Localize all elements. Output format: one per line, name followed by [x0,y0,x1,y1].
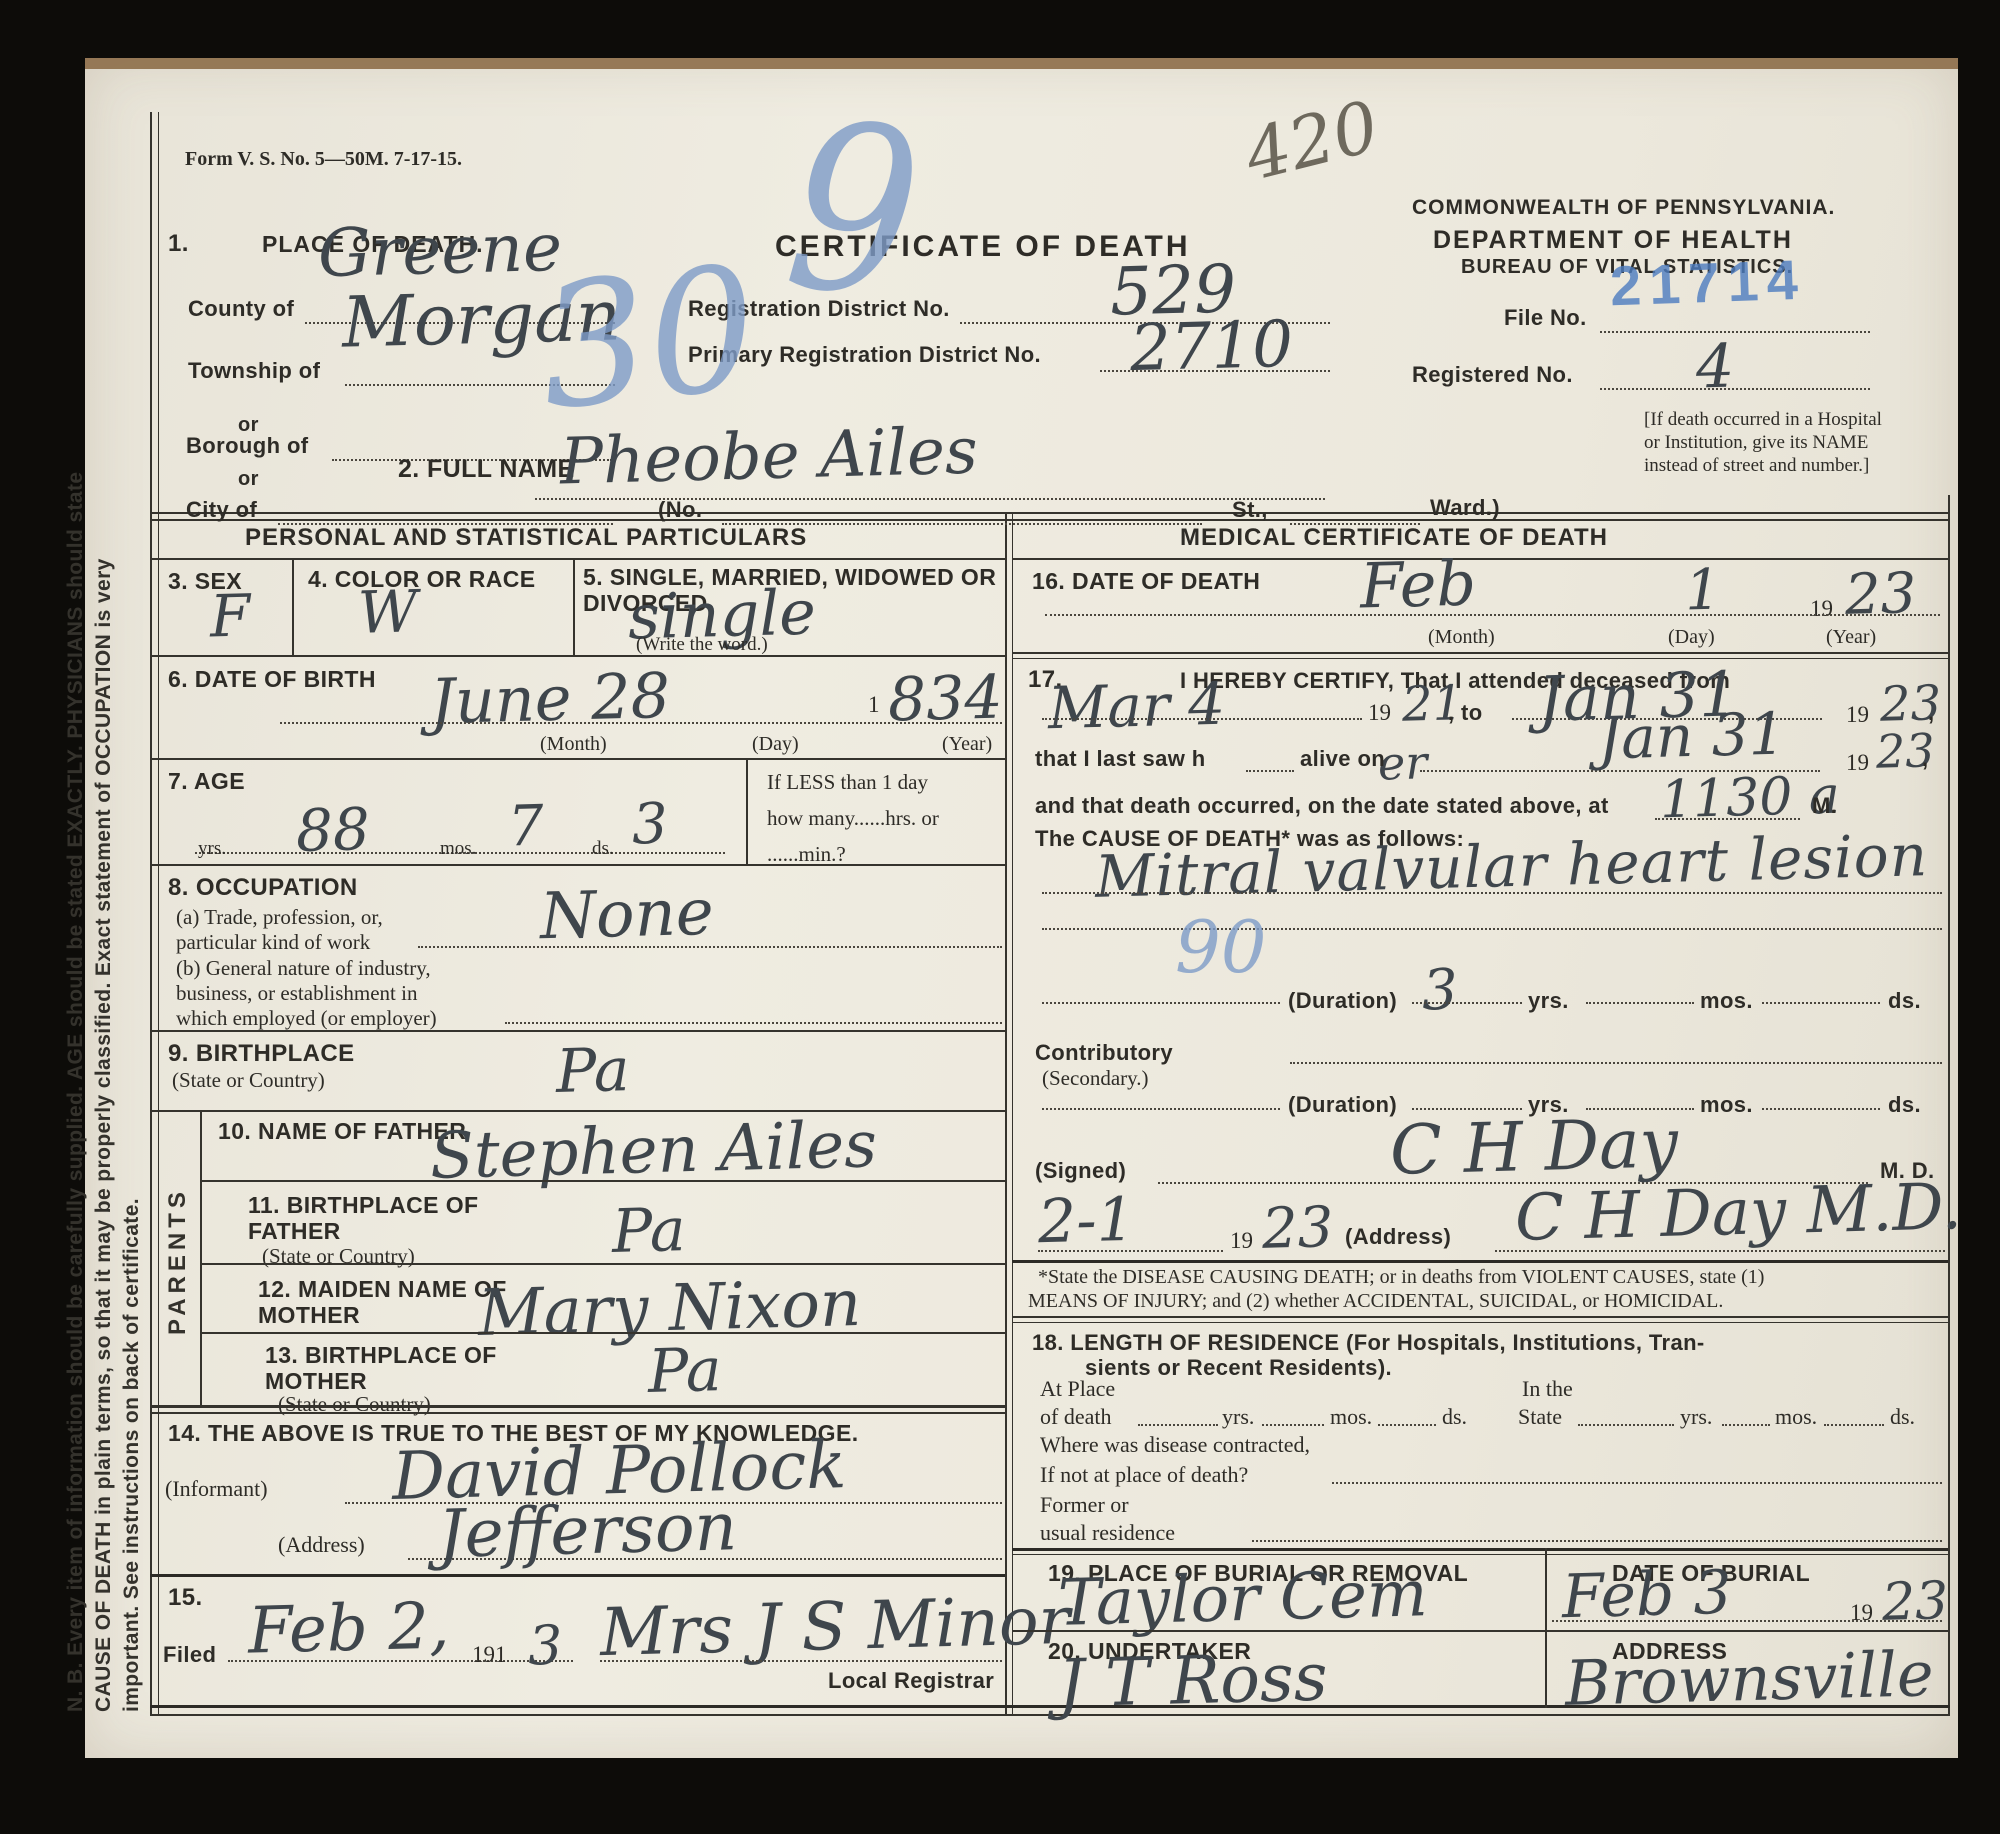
last-saw-comma: , [1922,746,1929,772]
header-bottom-rule-2 [150,519,1950,521]
ward-label: Ward.) [1430,495,1500,521]
dob-year-label: (Year) [942,733,992,756]
hospital-note: [If death occurred in a Hospital or Inst… [1644,408,1889,477]
form-left-border-outer [150,112,152,1716]
res-dotted-b [1262,1424,1324,1426]
dob-month-label: (Month) [540,733,607,756]
registered-no-value: 4 [1695,332,1735,403]
duration-yrs-label: yrs. [1528,988,1569,1014]
dob-month-day-value: June 28 [429,659,671,738]
registrar-dotted [600,1660,1002,1662]
parents-bottom-rule-1 [150,1405,1005,1408]
birthplace-label: 9. BIRTHPLACE [168,1040,355,1068]
burial-year-value: 23 [1881,1571,1949,1633]
dod-day-label: (Day) [1668,626,1715,649]
duration2-mos-label: mos. [1700,1092,1753,1118]
occupation-label: 8. OCCUPATION [168,874,358,902]
parents-bottom-rule-2 [150,1412,1005,1414]
burial-divider [1545,1548,1547,1708]
last-saw-label: that I last saw h [1035,746,1206,772]
footnote-rule-1 [1012,1316,1948,1318]
last-year-prefix: 19 [1846,750,1869,776]
res-dotted-a [1138,1424,1218,1426]
registered-no-label: Registered No. [1412,362,1573,388]
signed-label: (Signed) [1035,1158,1126,1184]
filed-year-value: 3 [527,1614,563,1678]
margin-instruction-line2: CAUSE OF DEATH in plain terms, so that i… [92,558,116,1712]
dod-bottom-rule-2 [1012,658,1948,659]
dod-month-label: (Month) [1428,626,1495,649]
res-mos-label: mos. [1330,1404,1372,1430]
personal-title-rule [150,558,1005,560]
duration2-label: (Duration) [1288,1092,1397,1118]
duration2-dotted-c [1762,1108,1880,1110]
birthplace-bottom-rule [150,1110,1005,1112]
dod-dotted [1045,614,1940,616]
mother-birthplace-label: 13. BIRTHPLACE OF MOTHER [265,1342,555,1394]
occupation-b-line2: business, or establishment in [176,981,417,1006]
sign-address-value: C H Day M.D. [1514,1170,1962,1256]
at-place-label: At Place [1040,1376,1115,1402]
to-year-prefix: 19 [1846,702,1869,728]
street-no-label: (No. [658,497,702,523]
dod-label: 16. DATE OF DEATH [1032,568,1260,595]
sign-address-label: (Address) [1345,1224,1451,1250]
dod-year-prefix: 19 [1810,596,1833,622]
res-dotted-d [1578,1424,1674,1426]
occupation-b-dotted [505,1022,1002,1024]
if-less-line1: If LESS than 1 day [767,770,928,795]
medical-title-rule [1012,558,1948,560]
occupation-value: None [539,876,715,955]
father-birthplace-value: Pa [611,1195,686,1267]
former-label-line2: usual residence [1040,1520,1175,1546]
res-ds-label: ds. [1442,1404,1467,1430]
pronoun-dotted [1246,770,1294,772]
informant-bottom-rule [150,1574,1005,1577]
contracted-label-line1: Where was disease contracted, [1040,1432,1310,1458]
sex-value: F [209,581,251,650]
duration2-dotted-left [1042,1108,1280,1110]
res-dotted-f [1824,1424,1884,1426]
duration-dotted-c [1762,1002,1880,1004]
item1-number: 1. [168,230,189,258]
dod-bottom-rule-1 [1012,652,1948,654]
dod-year-label: (Year) [1826,626,1876,649]
sign-year-value: 23 [1261,1195,1334,1262]
father-name-rule [200,1180,1005,1182]
residence-label-line1: 18. LENGTH OF RESIDENCE (For Hospitals, … [1032,1330,1705,1356]
column-divider-2 [1012,512,1013,1716]
blue-pencil-ninety: 90 [1175,905,1267,989]
margin-instruction-line3: important. See instructions on back of c… [120,1198,144,1712]
filed-label: Filed [163,1642,216,1668]
age-months-value: 7 [507,794,544,860]
meridian-label: M. [1812,793,1837,819]
registrar-signature: Mrs J S Minor [599,1582,1071,1671]
contracted-dotted [1332,1482,1942,1484]
duration-dotted-a [1412,1002,1522,1004]
res-dotted-e [1722,1424,1770,1426]
footnote-line1: *State the DISEASE CAUSING DEATH; or in … [1038,1266,1764,1289]
dod-month-value: Feb [1359,546,1477,622]
paper-top-edge [85,58,1958,69]
registered-no-dotted [1600,388,1870,390]
undertaker-address-value: Brownsville [1564,1637,1934,1720]
undertaker-value: J T Ross [1057,1638,1329,1722]
dob-dotted-line [280,722,1002,724]
dod-year-value: 23 [1844,561,1917,628]
burial-bottom-rule [1012,1630,1948,1632]
age-ifless-divider [746,758,748,864]
filed-dotted [228,1660,573,1662]
race-marital-divider [573,558,575,655]
time-dotted [1655,818,1800,820]
father-birthplace-label: 11. BIRTHPLACE OF FATHER [248,1192,538,1244]
mother-birthplace-value: Pa [647,1335,722,1407]
or-label-2: or [238,468,259,491]
informant-label: (Informant) [165,1476,268,1502]
attended-from-value: Mar 4 [1047,670,1226,743]
footnote-line2: MEANS OF INJURY; and (2) whether ACCIDEN… [1028,1290,1723,1313]
former-label-line1: Former or [1040,1492,1129,1518]
filed-date-value: Feb 2, [247,1589,450,1668]
contributory-label: Contributory [1035,1040,1173,1066]
borough-label: Borough of [186,433,309,459]
in-the-label: In the [1522,1376,1573,1402]
occupation-b-line3: which employed (or employer) [176,1006,437,1031]
occupation-bottom-rule [150,1030,1005,1032]
age-days-value: 3 [631,792,668,858]
dob-label: 6. DATE OF BIRTH [168,666,376,693]
file-number-stamp: 21714 [1609,247,1807,319]
commonwealth-line: COMMONWEALTH OF PENNSYLVANIA. [1412,196,1835,220]
mother-name-rule [200,1332,1005,1334]
primary-district-value: 2710 [1129,308,1294,386]
state-label: State [1518,1404,1562,1430]
write-word-note: (Write the word.) [636,634,768,656]
father-birthplace-note: (State or Country) [262,1244,415,1269]
full-name-dotted-line [535,498,1325,500]
file-no-dotted [1600,331,1870,333]
dob-bottom-rule [150,758,1005,760]
father-birthplace-rule [200,1263,1005,1265]
city-label: City of [186,497,257,523]
margin-instruction-line1: N. B. Every item of information should b… [64,472,88,1712]
state-yrs-label: yrs. [1680,1404,1712,1430]
age-years-value: 88 [295,795,371,865]
duration-dotted-left [1042,1002,1280,1004]
contributory-dotted [1290,1062,1942,1064]
of-death-label: of death [1040,1404,1111,1430]
dob-year-prefix: 1 [868,692,880,718]
race-label: 4. COLOR OR RACE [308,566,535,593]
file-no-label: File No. [1504,305,1587,331]
age-ds-label: ds. [592,838,614,860]
sign-date-value: 2-1 [1037,1185,1135,1258]
attended-from-dotted [1042,718,1362,720]
footnote-rule-2 [1012,1322,1948,1323]
duration-mos-label: mos. [1700,988,1753,1014]
if-less-line2: how many......hrs. or [767,806,939,831]
column-divider-1 [1005,512,1007,1716]
full-name-label: 2. FULL NAME [398,455,575,484]
sign-year-prefix: 19 [1230,1228,1253,1254]
alive-on-label: alive on [1300,746,1385,772]
last-saw-value: Jan 31 [1597,700,1786,773]
header-bottom-rule-1 [150,512,1950,514]
county-label: County of [188,296,294,322]
age-yrs-label: yrs. [198,838,226,860]
registrar-label: Local Registrar [828,1668,994,1694]
res-dotted-c [1378,1424,1436,1426]
birthplace-note: (State or Country) [172,1068,325,1093]
sign-date-dotted [1038,1250,1223,1252]
cause-dotted-1 [1042,892,1942,894]
to-comma: , [1928,700,1935,726]
birthplace-value: Pa [555,1035,630,1107]
occupation-a-line2: particular kind of work [176,930,370,955]
duration2-ds-label: ds. [1888,1092,1921,1118]
dob-year-value: 834 [887,663,1003,736]
form-right-border [1948,495,1950,1716]
to-label: , to [1448,700,1483,726]
burial-year-prefix: 19 [1850,1600,1873,1626]
duration-label: (Duration) [1288,988,1397,1014]
state-mos-label: mos. [1775,1404,1817,1430]
sex-race-divider [292,558,294,655]
informant-address-label: (Address) [278,1532,365,1558]
age-mos-label: mos. [440,838,476,860]
street-label: St., [1232,497,1268,523]
residence-bottom-rule-1 [1012,1548,1948,1551]
duration-dotted-b [1586,1002,1694,1004]
informant-address-value: Jefferson [437,1488,738,1573]
former-dotted [1252,1540,1942,1542]
duration-ds-label: ds. [1888,988,1921,1014]
occupation-b-line1: (b) General nature of industry, [176,956,431,981]
township-label: Township of [188,358,320,384]
death-certificate-scan: { "margin": { "line1": "N. B. Every item… [0,0,2000,1834]
occupation-a-line1: (a) Trade, profession, or, [176,905,383,930]
form-number: Form V. S. No. 5—50M. 7-17-15. [185,148,462,171]
residence-bottom-rule-2 [1012,1554,1948,1555]
duration-value: 3 [1421,958,1458,1024]
item15-label: 15. [168,1584,203,1612]
age-bottom-rule [150,864,1005,866]
race-value: W [357,577,418,647]
age-label: 7. AGE [168,768,245,795]
residence-label-line2: sients or Recent Residents). [1085,1355,1392,1381]
parents-label: PARENTS [164,1187,192,1335]
signed-bottom-rule [1012,1260,1948,1263]
personal-section-title: PERSONAL AND STATISTICAL PARTICULARS [245,524,807,552]
occurred-label: and that death occurred, on the date sta… [1035,793,1609,819]
parents-divider [200,1110,202,1408]
blue-pencil-mark-thirty: 30 [530,229,766,449]
res-yrs-label: yrs. [1222,1404,1254,1430]
secondary-note: (Secondary.) [1042,1066,1149,1091]
filed-year-prefix: 191 [472,1642,507,1668]
state-ds-label: ds. [1890,1404,1915,1430]
from-year-prefix: 19 [1368,700,1391,726]
form-left-border-inner [158,112,159,1716]
row3-5-bottom-rule [150,655,1005,657]
dob-day-label: (Day) [752,733,799,756]
burial-place-value: Taylor Cem [1057,1557,1428,1641]
contracted-label-line2: If not at place of death? [1040,1462,1248,1488]
